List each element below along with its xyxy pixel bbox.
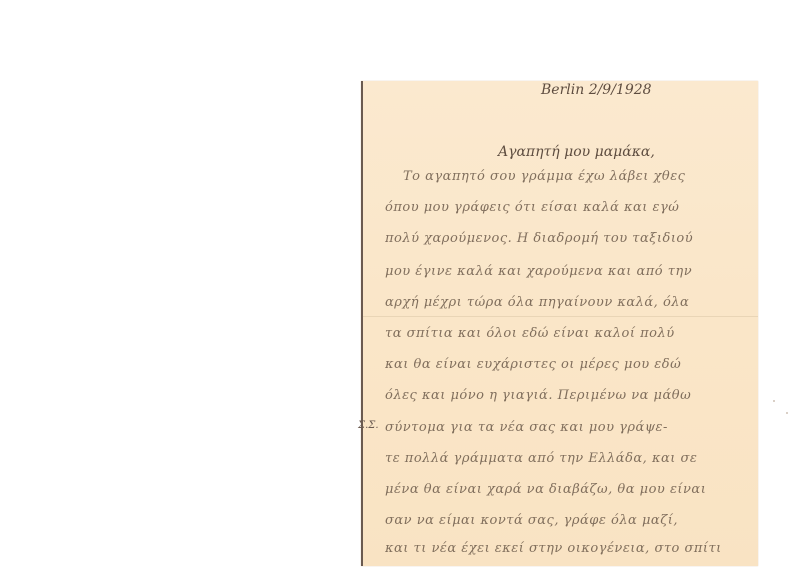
letter-line: πολύ χαρούμενος. Η διαδρομή του ταξιδιού	[385, 231, 748, 246]
letter-line: σύντομα για τα νέα σας και μου γράψε-	[385, 420, 748, 435]
letter-line: μένα θα είναι χαρά να διαβάζω, θα μου εί…	[385, 482, 748, 497]
letter-page: Berlin 2/9/1928 Αγαπητή μου μαμάκα, Το α…	[361, 81, 758, 566]
letter-line: μου έγινε καλά και χαρούμενα και από την	[385, 264, 748, 279]
letter-line: τε πολλά γράμματα από την Ελλάδα, και σε	[385, 451, 748, 466]
letter-line: τα σπίτια και όλοι εδώ είναι καλοί πολύ	[385, 326, 748, 341]
letter-line: όπου μου γράφεις ότι είσαι καλά και εγώ	[385, 200, 748, 215]
date-line: Berlin 2/9/1928	[541, 82, 652, 98]
speck	[773, 400, 775, 402]
page-fold	[363, 316, 758, 317]
speck	[786, 412, 788, 414]
letter-line: και τι νέα έχει εκεί στην οικογένεια, στ…	[385, 541, 748, 556]
letter-line: αρχή μέχρι τώρα όλα πηγαίνουν καλά, όλα	[385, 295, 748, 310]
letter-line: σαν να είμαι κοντά σας, γράφε όλα μαζί,	[385, 513, 748, 528]
letter-line: Το αγαπητό σου γράμμα έχω λάβει χθες	[403, 169, 748, 184]
salutation: Αγαπητή μου μαμάκα,	[498, 144, 655, 160]
letter-line: όλες και μόνο η γιαγιά. Περιμένω να μάθω	[385, 388, 748, 403]
letter-line: και θα είναι ευχάριστες οι μέρες μου εδώ	[385, 357, 748, 372]
margin-note: Σ.Σ.	[358, 420, 379, 431]
